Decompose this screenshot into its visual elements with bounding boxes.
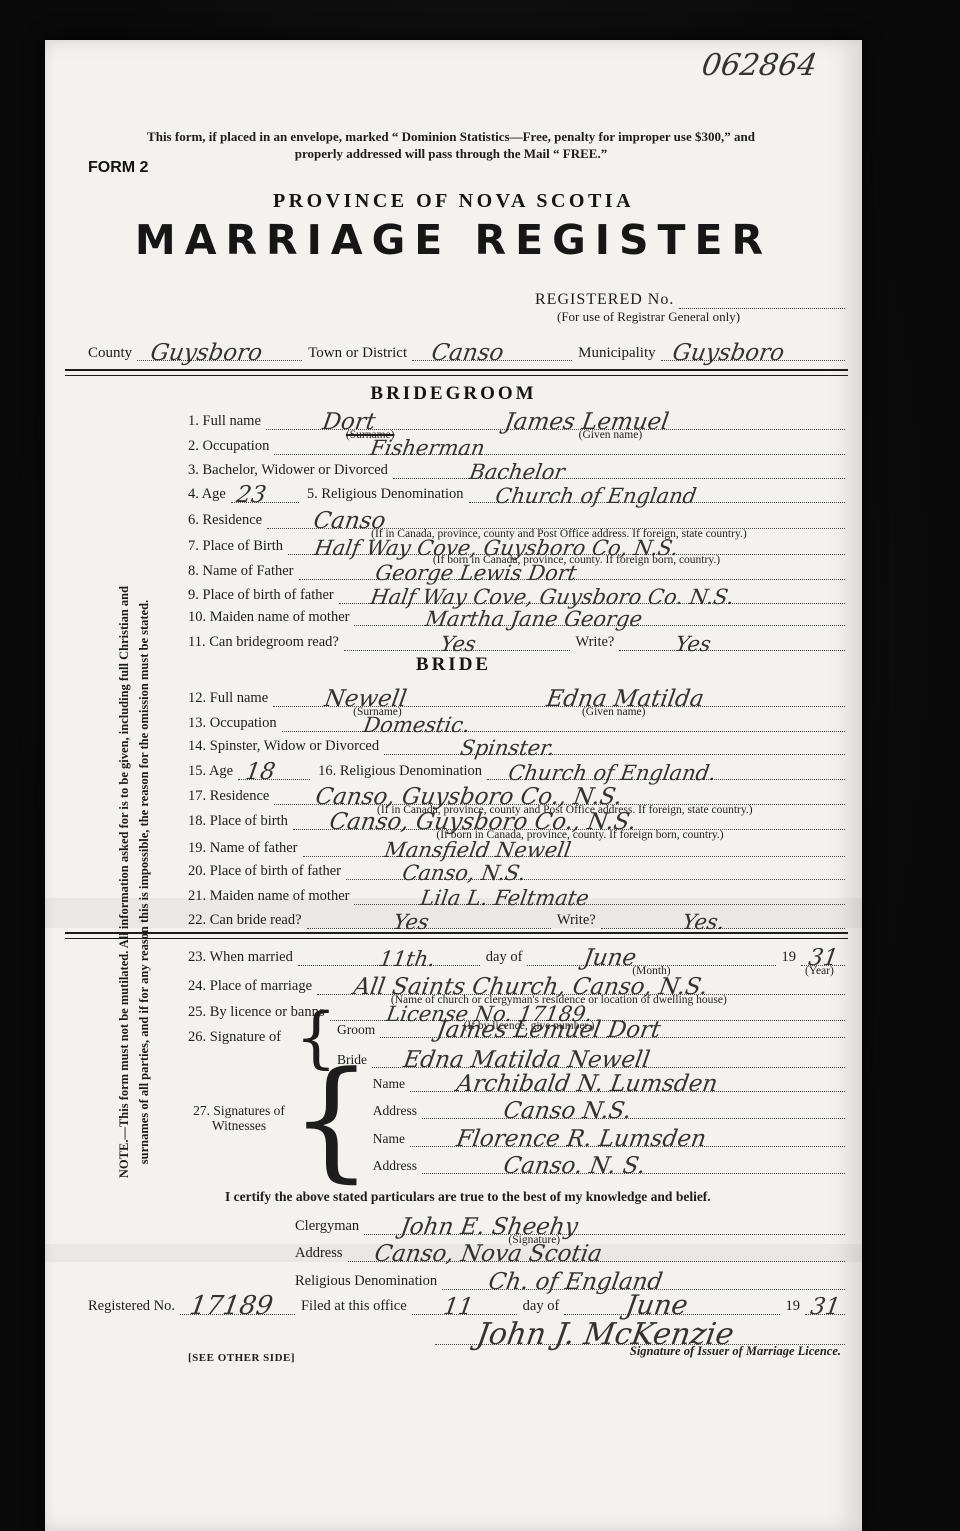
witness2-name-field: Florence R. Lumsden [410,1126,845,1147]
when-day-value: 11th. [378,950,436,969]
town-field: Canso [412,340,572,361]
place-of-marriage-field: All Saints Church, Canso, N.S. (Name of … [317,974,845,995]
day-of-label: day of [480,950,528,966]
clergyman-address-row: Address Canso, Nova Scotia [295,1241,845,1262]
margin-note: NOTE.—This form must not be mutilated. A… [114,557,160,1207]
issuer-signature-row: John J. McKenzie Signature of Issuer of … [435,1312,845,1345]
bride-status-label: 14. Spinster, Widow or Divorced [188,739,384,755]
groom-literacy-row: 11. Can bridegroom read? Yes Write? Yes [188,630,845,651]
bride-religion-field: Church of England. [487,759,845,780]
brace-glyph: { [290,1067,373,1171]
clergyman-address-value: Canso, Nova Scotia [373,1244,603,1265]
witness-signatures-block: 27. Signatures of Witnesses { Name Archi… [188,1064,845,1174]
witness1-name-value: Archibald N. Lumsden [455,1074,719,1095]
bride-read-field: Yes [307,908,551,929]
clergyman-row: Clergyman John E. Sheehy (Signature) [295,1214,845,1235]
province-title: PROVINCE OF NOVA SCOTIA [45,190,862,213]
groom-occupation-field: Fisherman [274,434,845,455]
groom-read-value: Yes [439,635,477,654]
groom-religion-field: Church of England [469,482,845,503]
groom-age-religion-row: 4. Age 23 5. Religious Denomination Chur… [188,482,845,503]
groom-status-value: Bachelor [468,463,566,482]
municipality-label: Municipality [572,345,661,362]
witness2-address-value: Canso. N. S. [502,1156,647,1177]
municipality-value: Guysboro [671,343,786,364]
groom-read-field: Yes [344,630,570,651]
witness2-address-field: Canso. N. S. [422,1153,845,1174]
witnesses-label-line1: 27. Signatures of [188,1104,290,1119]
couple-signatures-block: 26. Signature of { Groom James Lemuel Do… [188,1008,845,1068]
witnesses-label: 27. Signatures of Witnesses [188,1104,290,1134]
clergyman-field: John E. Sheehy (Signature) [364,1214,845,1235]
bride-full-name-row: 12. Full name Newell Edna Matilda (Surna… [188,686,845,707]
groom-father-label: 8. Name of Father [188,564,299,580]
mail-notice-line2: properly addressed will pass through the… [45,145,862,163]
groom-mother-row: 10. Maiden name of mother Martha Jane Ge… [188,605,845,626]
bride-religion-value: Church of England. [507,764,717,783]
witness2-name-label: Name [373,1131,410,1147]
groom-father-birthplace-label: 9. Place of birth of father [188,588,339,604]
bride-occupation-label: 13. Occupation [188,716,282,732]
groom-full-name-label: 1. Full name [188,414,266,430]
groom-age-field: 23 [231,482,299,503]
registrar-note-text: (For use of Registrar General only) [557,310,745,324]
bride-religion-label: 16. Religious Denomination [310,764,487,780]
groom-religion-value: Church of England [494,487,698,506]
bride-father-label: 19. Name of father [188,841,303,857]
registrar-note: (For use of Registrar General only) [557,310,745,324]
groom-residence-label: 6. Residence [188,513,267,529]
groom-age-label: 4. Age [188,487,231,503]
scan-background: 062864 This form, if placed in an envelo… [0,0,960,1531]
groom-status-row: 3. Bachelor, Widower or Divorced Bachelo… [188,458,845,479]
witness1-name-label: Name [373,1076,410,1092]
witness1-address-label: Address [373,1103,422,1119]
groom-write-field: Yes [619,630,845,651]
groom-occupation-value: Fisherman [369,439,486,458]
bride-status-row: 14. Spinster, Widow or Divorced Spinster… [188,734,845,755]
margin-note-line1: NOTE.—This form must not be mutilated. A… [114,557,134,1207]
groom-father-birthplace-row: 9. Place of birth of father Half Way Cov… [188,583,845,604]
town-label: Town or District [302,345,412,362]
bride-occupation-field: Domestic. [282,711,845,732]
notice-text: This form, if placed in an envelope, mar… [147,129,760,144]
groom-full-name-row: 1. Full name Dort James Lemuel (Surname)… [188,409,845,430]
witness2-name-value: Florence R. Lumsden [455,1129,707,1150]
registered-no-label: REGISTERED No. [535,291,679,309]
groom-father-birthplace-field: Half Way Cove, Guysboro Co. N.S. [339,583,845,604]
county-value: Guysboro [149,343,264,364]
location-row: County Guysboro Town or District Canso M… [88,340,845,361]
groom-birthplace-row: 7. Place of Birth Half Way Cove, Guysbor… [188,534,845,555]
registered-no-bottom-value: 17189 [188,1295,274,1318]
bride-birthplace-row: 18. Place of birth Canso, Guysboro Co., … [188,809,845,830]
margin-note-line2: surnames of all parties, and if for any … [134,557,154,1207]
bride-read-label: 22. Can bride read? [188,913,307,929]
form-number-label: FORM 2 [88,159,148,177]
place-of-marriage-row: 24. Place of marriage All Saints Church,… [188,974,845,995]
bride-mother-field: Lila L. Feltmate [354,884,845,905]
bride-residence-label: 17. Residence [188,789,274,805]
groom-full-name-field: Dort James Lemuel (Surname) (Given name) [266,409,845,430]
groom-birthplace-label: 7. Place of Birth [188,539,288,555]
groom-label: Groom [337,1022,380,1038]
year-prefix: 19 [776,950,802,966]
groom-signature-row: Groom James Lemuel Dort [337,1008,845,1038]
bride-birthplace-label: 18. Place of birth [188,814,293,830]
groom-residence-field: Canso (If in Canada, province, county an… [267,508,845,529]
groom-father-row: 8. Name of Father George Lewis Dort [188,559,845,580]
bride-age-value: 18 [244,762,277,783]
witness1-address-value: Canso N.S. [502,1101,633,1122]
doc-number: 062864 [700,52,815,75]
registered-no-bottom-label: Registered No. [88,1299,180,1315]
bride-father-birthplace-value: Canso, N.S. [401,864,527,883]
bride-mother-row: 21. Maiden name of mother Lila L. Feltma… [188,884,845,905]
groom-father-field: George Lewis Dort [299,559,846,580]
county-field: Guysboro [137,340,302,361]
witness1-name-field: Archibald N. Lumsden [410,1071,845,1092]
bride-write-label: Write? [551,913,601,929]
marriage-register-page: 062864 This form, if placed in an envelo… [45,40,862,1531]
groom-read-label: 11. Can bridegroom read? [188,635,344,651]
issuer-signature-field: John J. McKenzie Signature of Issuer of … [435,1312,845,1345]
bride-age-religion-row: 15. Age 18 16. Religious Denomination Ch… [188,759,845,780]
groom-religion-label: 5. Religious Denomination [299,487,469,503]
bride-birthplace-field: Canso, Guysboro Co., N.S. (If born in Ca… [293,809,845,830]
bride-status-field: Spinster. [384,734,845,755]
groom-signature-value: James Lemuel Dort [435,1020,662,1041]
bride-write-value: Yes. [681,913,726,932]
groom-status-field: Bachelor [393,458,845,479]
registered-no-bottom-field: 17189 [180,1294,295,1315]
bride-occupation-row: 13. Occupation Domestic. [188,711,845,732]
page-title: MARRIAGE REGISTER [45,216,862,264]
bride-write-field: Yes. [601,908,845,929]
clergyman-address-label: Address [295,1246,348,1262]
clergyman-label: Clergyman [295,1219,364,1235]
month-value: June [582,948,638,969]
registered-no-row: REGISTERED No. [535,288,845,309]
groom-mother-label: 10. Maiden name of mother [188,610,354,626]
form-number-text: FORM 2 [88,159,148,177]
groom-write-value: Yes [674,635,712,654]
bride-father-value: Mansfield Newell [383,841,572,860]
doc-number-text: 062864 [700,52,819,79]
see-other-side-text: [SEE OTHER SIDE] [188,1352,295,1364]
issuer-sublabel: Signature of Issuer of Marriage Licence. [630,1345,841,1358]
clergyman-religion-label: Religious Denomination [295,1274,442,1290]
notice-text: properly addressed will pass through the… [295,146,612,161]
bride-mother-label: 21. Maiden name of mother [188,889,354,905]
groom-status-label: 3. Bachelor, Widower or Divorced [188,463,393,479]
bride-read-value: Yes [392,913,430,932]
signature-of-label: 26. Signature of [188,1030,295,1046]
see-other-side: [SEE OTHER SIDE] [188,1352,295,1364]
bride-heading: BRIDE [45,654,862,676]
year-field: 31 (Year) [801,945,845,966]
groom-occupation-row: 2. Occupation Fisherman [188,434,845,455]
registered-no-blank [679,288,845,309]
bride-full-name-label: 12. Full name [188,691,273,707]
bride-father-birthplace-field: Canso, N.S. [346,859,845,880]
mail-notice-line1: This form, if placed in an envelope, mar… [45,128,862,146]
groom-signature-field: James Lemuel Dort [380,1017,845,1038]
groom-birthplace-field: Half Way Cove, Guysboro Co, N.S. (If bor… [288,534,845,555]
bride-father-birthplace-row: 20. Place of birth of father Canso, N.S. [188,859,845,880]
when-married-row: 23. When married 11th. day of June (Mont… [188,945,845,966]
witness1-name-row: Name Archibald N. Lumsden [373,1064,845,1092]
when-married-label: 23. When married [188,950,298,966]
town-value: Canso [430,343,505,364]
witness1-address-field: Canso N.S. [422,1098,845,1119]
groom-residence-row: 6. Residence Canso (If in Canada, provin… [188,508,845,529]
month-field: June (Month) [527,945,775,966]
groom-mother-field: Martha Jane George [354,605,845,626]
bride-residence-field: Canso, Guysboro Co., N.S. (If in Canada,… [274,784,845,805]
bride-age-label: 15. Age [188,764,238,780]
certify-text: I certify the above stated particulars a… [225,1190,716,1205]
bride-father-birthplace-label: 20. Place of birth of father [188,864,346,880]
bride-literacy-row: 22. Can bride read? Yes Write? Yes. [188,908,845,929]
bride-status-value: Spinster. [459,739,556,758]
groom-age-value: 23 [235,485,268,506]
groom-mother-value: Martha Jane George [424,610,644,629]
county-label: County [88,345,137,362]
bridegroom-heading: BRIDEGROOM [45,383,862,405]
certify-statement: I certify the above stated particulars a… [225,1190,716,1205]
clergyman-religion-row: Religious Denomination Ch. of England [295,1269,845,1290]
witness2-address-label: Address [373,1158,422,1174]
bride-age-field: 18 [238,759,310,780]
clergyman-religion-field: Ch. of England [442,1269,845,1290]
bride-father-field: Mansfield Newell [303,836,845,857]
bride-mother-value: Lila L. Feltmate [419,889,590,908]
when-day-field: 11th. [298,945,480,966]
bride-occupation-value: Domestic. [362,716,471,735]
clergyman-address-field: Canso, Nova Scotia [348,1241,845,1262]
filed-label: Filed at this office [295,1299,412,1315]
bride-full-name-field: Newell Edna Matilda (Surname) (Given nam… [273,686,845,707]
bride-residence-row: 17. Residence Canso, Guysboro Co., N.S. … [188,784,845,805]
municipality-field: Guysboro [661,340,845,361]
section-divider [65,369,848,376]
witnesses-label-line2: Witnesses [188,1119,290,1134]
bride-father-row: 19. Name of father Mansfield Newell [188,836,845,857]
section-divider [65,932,848,939]
groom-father-value: George Lewis Dort [374,564,578,583]
place-of-marriage-label: 24. Place of marriage [188,979,317,995]
groom-write-label: Write? [570,635,620,651]
groom-occupation-label: 2. Occupation [188,439,274,455]
